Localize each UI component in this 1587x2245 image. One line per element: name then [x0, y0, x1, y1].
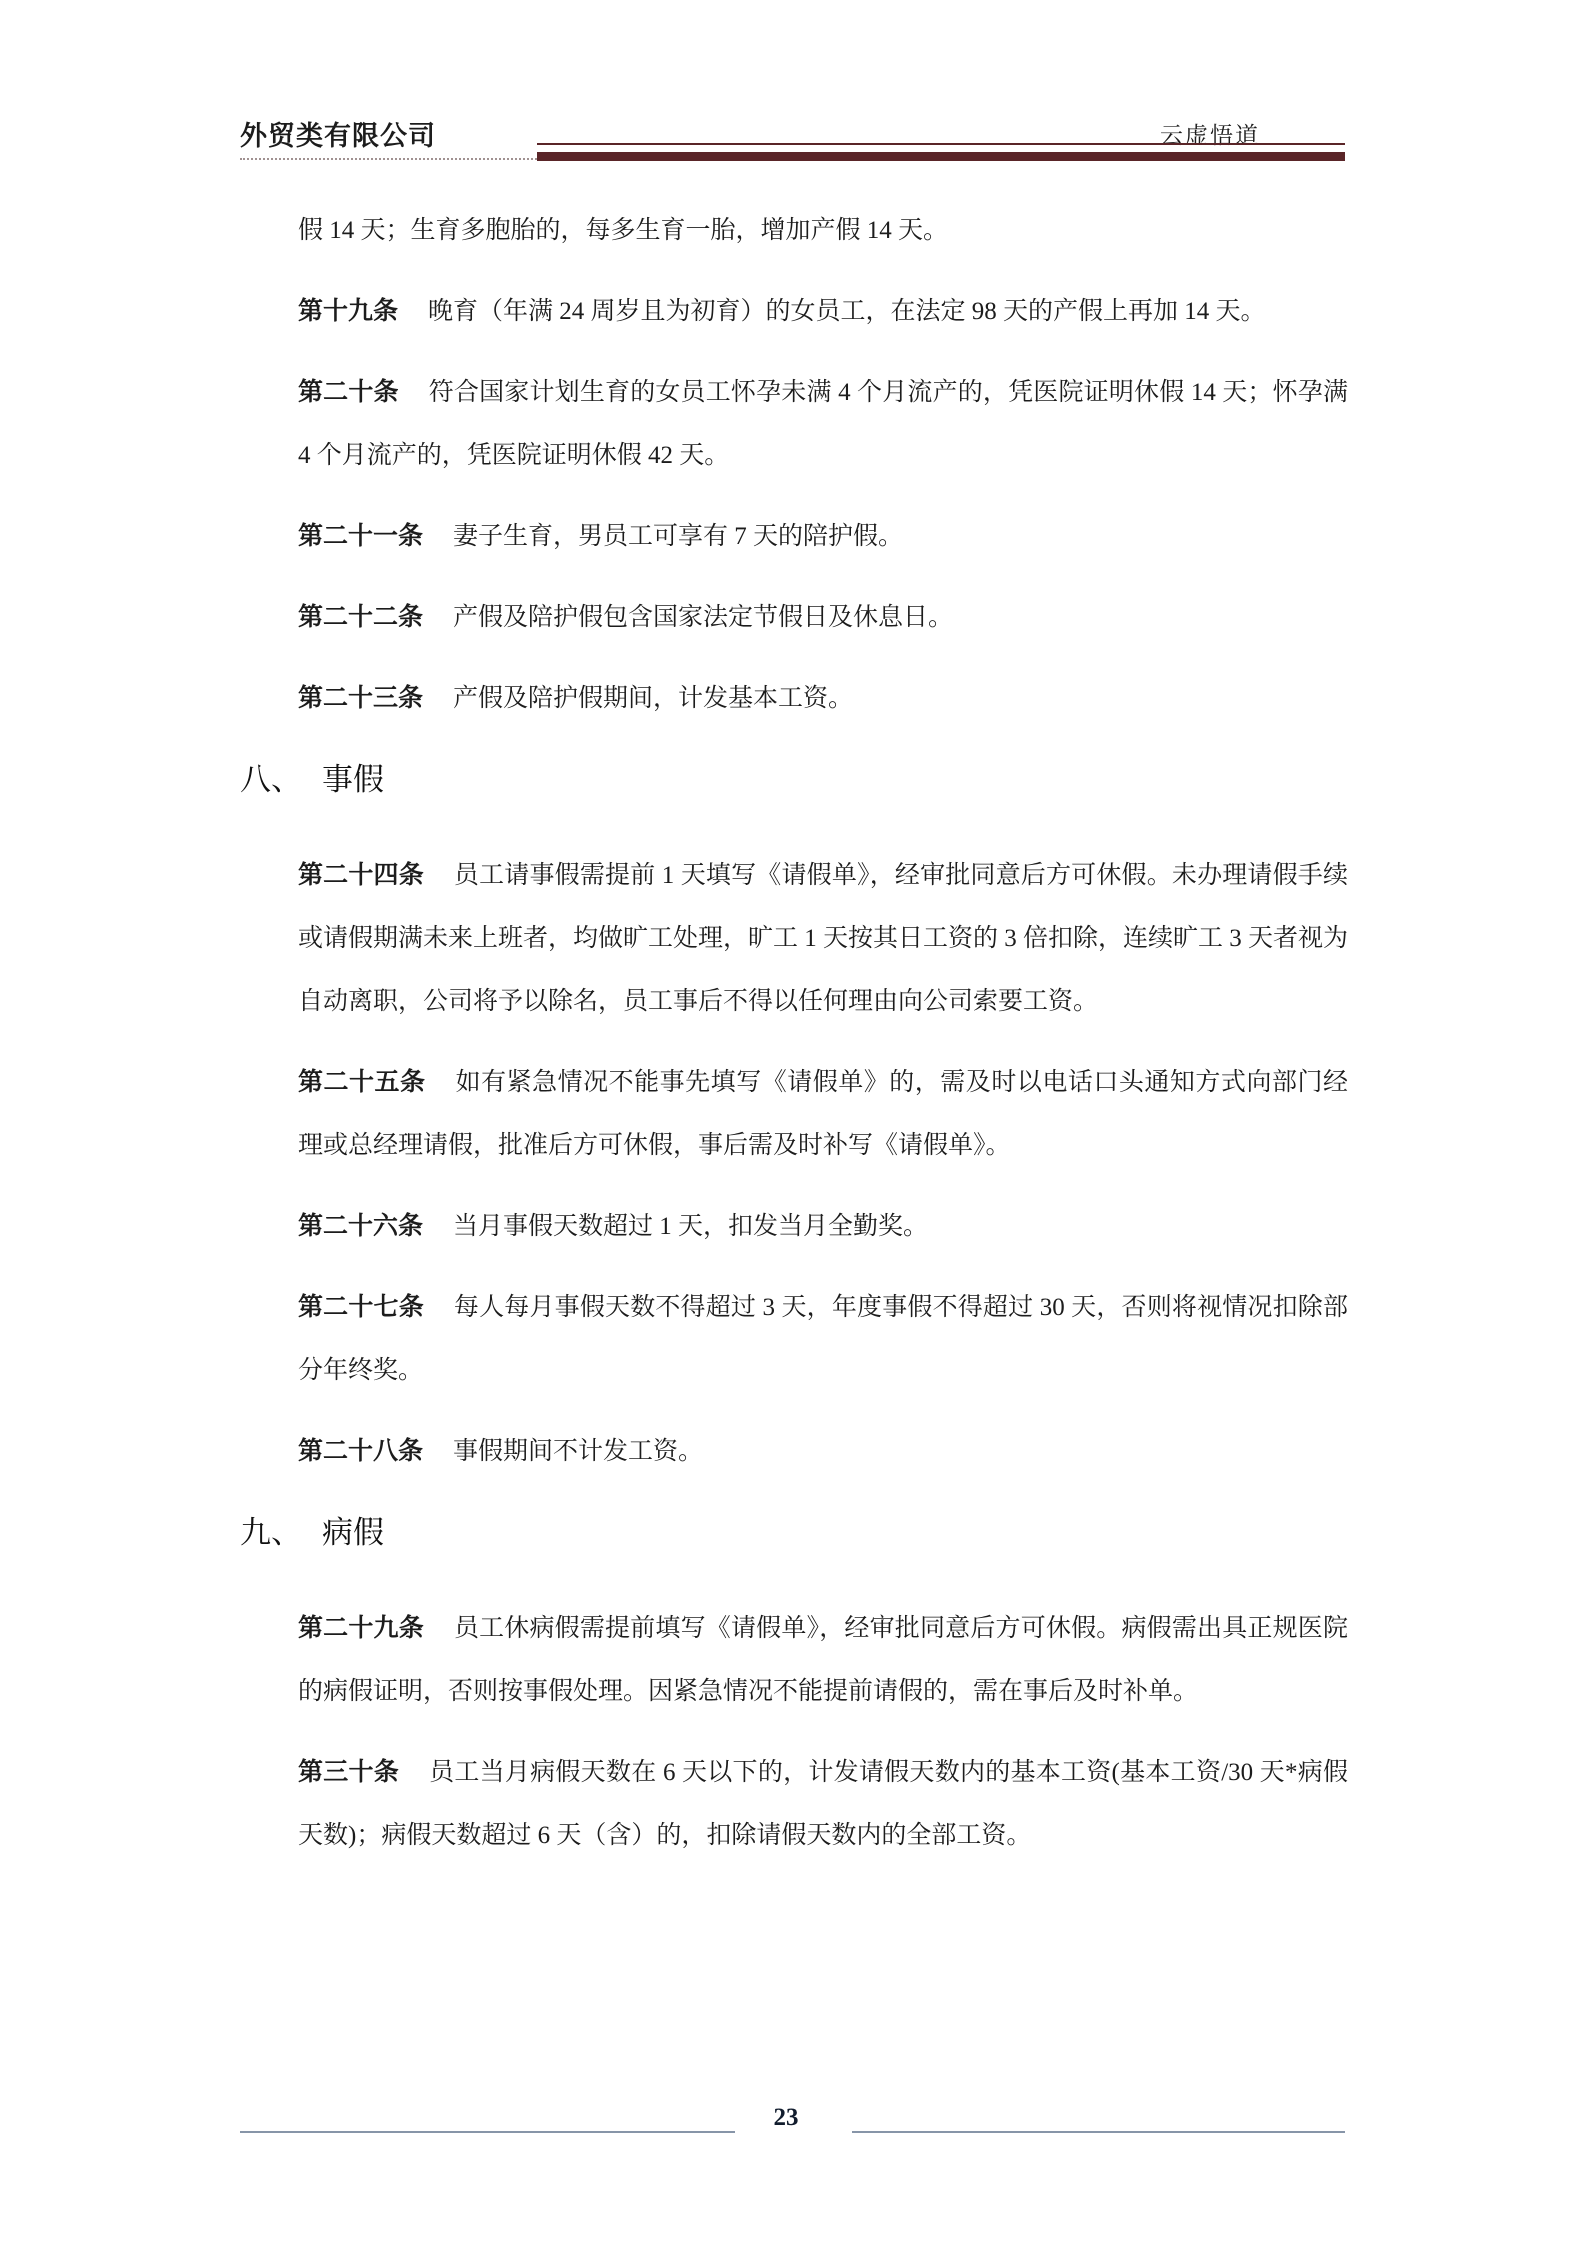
document-body: 假 14 天；生育多胞胎的，每多生育一胎，增加产假 14 天。 第十九条晚育（年… — [298, 199, 1348, 1885]
clause-paragraph-21: 第二十一条妻子生育，男员工可享有 7 天的陪护假。 — [298, 505, 1348, 568]
footer-rule-right — [852, 2131, 1345, 2133]
clause-label: 第二十四条 — [298, 862, 424, 889]
section-title: 病假 — [322, 1515, 384, 1550]
header-accent-rule-thick — [537, 152, 1345, 161]
clause-text: 产假及陪护假包含国家法定节假日及休息日。 — [453, 604, 953, 631]
header-accent-rule-thin — [537, 143, 1345, 145]
clause-paragraph-22: 第二十二条产假及陪护假包含国家法定节假日及休息日。 — [298, 586, 1348, 649]
clause-text: 假 14 天；生育多胞胎的，每多生育一胎，增加产假 14 天。 — [298, 217, 948, 244]
header-dotted-rule — [240, 158, 540, 160]
clause-text: 事假期间不计发工资。 — [453, 1438, 703, 1465]
clause-paragraph-25: 第二十五条如有紧急情况不能事先填写《请假单》的，需及时以电话口头通知方式向部门经… — [298, 1051, 1348, 1177]
page-number: 23 — [741, 2104, 831, 2132]
clause-paragraph-26: 第二十六条当月事假天数超过 1 天，扣发当月全勤奖。 — [298, 1195, 1348, 1258]
clause-text: 符合国家计划生育的女员工怀孕未满 4 个月流产的，凭医院证明休假 14 天；怀孕… — [298, 379, 1348, 469]
section-heading-8: 八、事假 — [240, 758, 1348, 802]
clause-text: 产假及陪护假期间，计发基本工资。 — [453, 685, 853, 712]
footer-rule-left — [240, 2131, 735, 2133]
clause-text: 员工请事假需提前 1 天填写《请假单》，经审批同意后方可休假。未办理请假手续或请… — [298, 862, 1348, 1015]
section-number: 九、 — [240, 1515, 302, 1550]
section-number: 八、 — [240, 762, 302, 797]
clause-paragraph-30: 第三十条员工当月病假天数在 6 天以下的，计发请假天数内的基本工资(基本工资/3… — [298, 1741, 1348, 1867]
clause-paragraph-continuation: 假 14 天；生育多胞胎的，每多生育一胎，增加产假 14 天。 — [298, 199, 1348, 262]
clause-paragraph-23: 第二十三条产假及陪护假期间，计发基本工资。 — [298, 667, 1348, 730]
clause-text: 妻子生育，男员工可享有 7 天的陪护假。 — [453, 523, 903, 550]
document-page: 外贸类有限公司 云虚悟道 假 14 天；生育多胞胎的，每多生育一胎，增加产假 1… — [0, 0, 1587, 2245]
clause-label: 第二十五条 — [298, 1069, 426, 1096]
clause-text: 员工当月病假天数在 6 天以下的，计发请假天数内的基本工资(基本工资/30 天*… — [298, 1759, 1348, 1849]
clause-label: 第二十九条 — [298, 1615, 424, 1642]
clause-label: 第二十三条 — [298, 685, 423, 712]
clause-text: 如有紧急情况不能事先填写《请假单》的，需及时以电话口头通知方式向部门经理或总经理… — [298, 1069, 1348, 1159]
clause-text: 当月事假天数超过 1 天，扣发当月全勤奖。 — [453, 1213, 928, 1240]
clause-label: 第十九条 — [298, 298, 398, 325]
clause-paragraph-24: 第二十四条员工请事假需提前 1 天填写《请假单》，经审批同意后方可休假。未办理请… — [298, 844, 1348, 1033]
clause-label: 第二十八条 — [298, 1438, 423, 1465]
clause-text: 员工休病假需提前填写《请假单》，经审批同意后方可休假。病假需出具正规医院的病假证… — [298, 1615, 1348, 1705]
clause-text: 晚育（年满 24 周岁且为初育）的女员工，在法定 98 天的产假上再加 14 天… — [428, 298, 1266, 325]
clause-paragraph-29: 第二十九条员工休病假需提前填写《请假单》，经审批同意后方可休假。病假需出具正规医… — [298, 1597, 1348, 1723]
clause-paragraph-20: 第二十条符合国家计划生育的女员工怀孕未满 4 个月流产的，凭医院证明休假 14 … — [298, 361, 1348, 487]
clause-label: 第二十二条 — [298, 604, 423, 631]
clause-label: 第二十条 — [298, 379, 399, 406]
clause-text: 每人每月事假天数不得超过 3 天，年度事假不得超过 30 天，否则将视情况扣除部… — [298, 1294, 1348, 1384]
clause-label: 第二十六条 — [298, 1213, 423, 1240]
clause-paragraph-28: 第二十八条事假期间不计发工资。 — [298, 1420, 1348, 1483]
header-company-name: 外贸类有限公司 — [240, 114, 436, 153]
clause-label: 第三十条 — [298, 1759, 399, 1786]
clause-paragraph-19: 第十九条晚育（年满 24 周岁且为初育）的女员工，在法定 98 天的产假上再加 … — [298, 280, 1348, 343]
clause-label: 第二十一条 — [298, 523, 423, 550]
section-title: 事假 — [322, 762, 384, 797]
clause-paragraph-27: 第二十七条每人每月事假天数不得超过 3 天，年度事假不得超过 30 天，否则将视… — [298, 1276, 1348, 1402]
clause-label: 第二十七条 — [298, 1294, 424, 1321]
section-heading-9: 九、病假 — [240, 1511, 1348, 1555]
header-doc-title: 云虚悟道 — [1160, 117, 1260, 150]
